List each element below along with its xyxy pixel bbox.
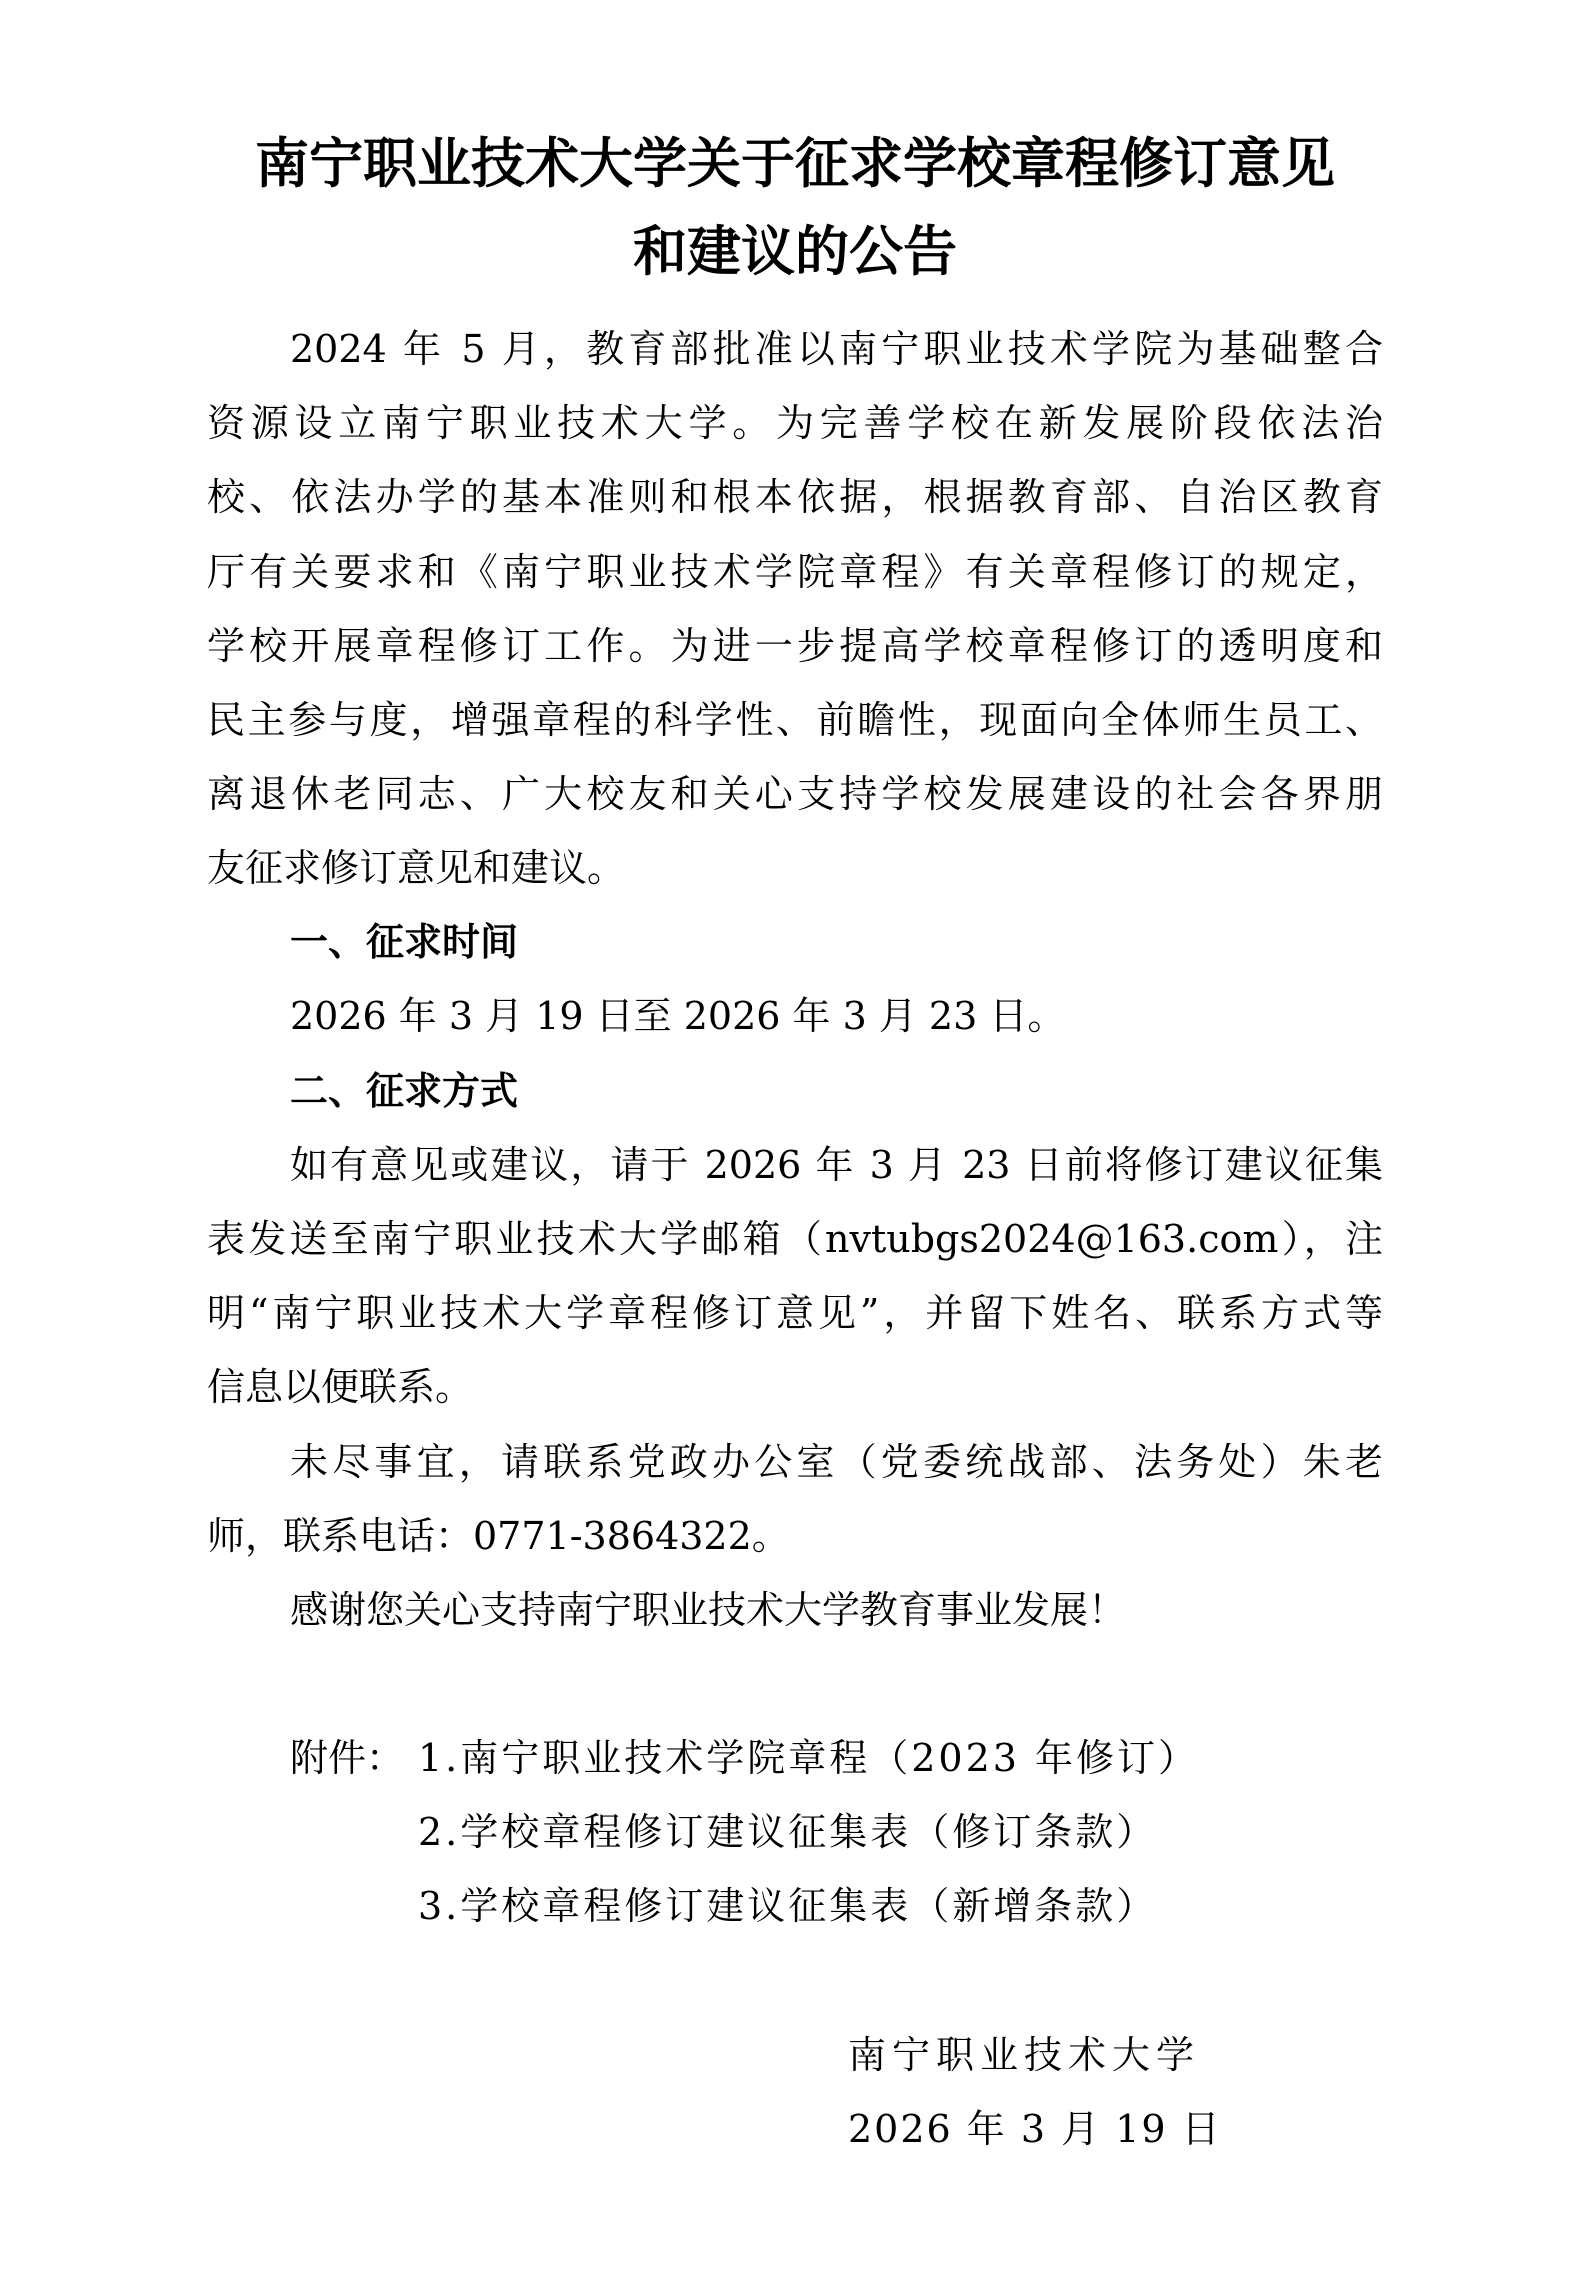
intro-line-5: 学校开展章程修订工作。为进一步提高学校章程修订的透明度和 [207, 616, 1383, 676]
method-line-3: 明“南宁职业技术大学章程修订意见”，并留下姓名、联系方式等 [207, 1283, 1383, 1343]
attachment-item-3: 3.学校章程修订建议征集表（新增条款） [418, 1876, 1157, 1936]
attachment-item-2: 2.学校章程修订建议征集表（修订条款） [418, 1802, 1157, 1862]
method-line-2: 表发送至南宁职业技术大学邮箱（nvtubgs2024@163.com），注 [207, 1209, 1383, 1269]
intro-line-3: 校、依法办学的基本准则和根本依据，根据教育部、自治区教育 [207, 467, 1383, 527]
title-line-1: 南宁职业技术大学关于征求学校章程修订意见 [207, 120, 1383, 208]
intro-line-4: 厅有关要求和《南宁职业技术学院章程》有关章程修订的规定， [207, 542, 1383, 602]
document-title: 南宁职业技术大学关于征求学校章程修订意见 和建议的公告 [207, 120, 1383, 296]
attachments-label: 附件： [290, 1728, 404, 1788]
attachment-item-1: 1.南宁职业技术学院章程（2023 年修订） [418, 1728, 1199, 1788]
signature-organization: 南宁职业技术大学 [848, 2025, 1200, 2085]
intro-line-1: 2024 年 5 月，教育部批准以南宁职业技术学院为基础整合 [290, 319, 1383, 379]
collection-period-text: 2026 年 3 月 19 日至 2026 年 3 月 23 日。 [290, 986, 1383, 1046]
thanks-line: 感谢您关心支持南宁职业技术大学教育事业发展！ [290, 1580, 1383, 1640]
intro-line-8: 友征求修订意见和建议。 [207, 838, 1383, 898]
document-page: 南宁职业技术大学关于征求学校章程修订意见 和建议的公告 2024 年 5 月，教… [0, 0, 1587, 2290]
method-line-1: 如有意见或建议，请于 2026 年 3 月 23 日前将修订建议征集 [290, 1135, 1383, 1195]
section2-heading: 二、征求方式 [290, 1061, 1383, 1121]
contact-line-2: 师，联系电话：0771-3864322。 [207, 1506, 1383, 1566]
intro-line-2: 资源设立南宁职业技术大学。为完善学校在新发展阶段依法治 [207, 393, 1383, 453]
method-line-4: 信息以便联系。 [207, 1357, 1383, 1417]
title-line-2: 和建议的公告 [207, 208, 1383, 296]
contact-line-1: 未尽事宜，请联系党政办公室（党委统战部、法务处）朱老 [290, 1432, 1383, 1492]
intro-line-6: 民主参与度，增强章程的科学性、前瞻性，现面向全体师生员工、 [207, 690, 1383, 750]
section1-heading: 一、征求时间 [290, 912, 1383, 972]
intro-line-7: 离退休老同志、广大校友和关心支持学校发展建设的社会各界朋 [207, 764, 1383, 824]
signature-date: 2026 年 3 月 19 日 [848, 2099, 1222, 2159]
